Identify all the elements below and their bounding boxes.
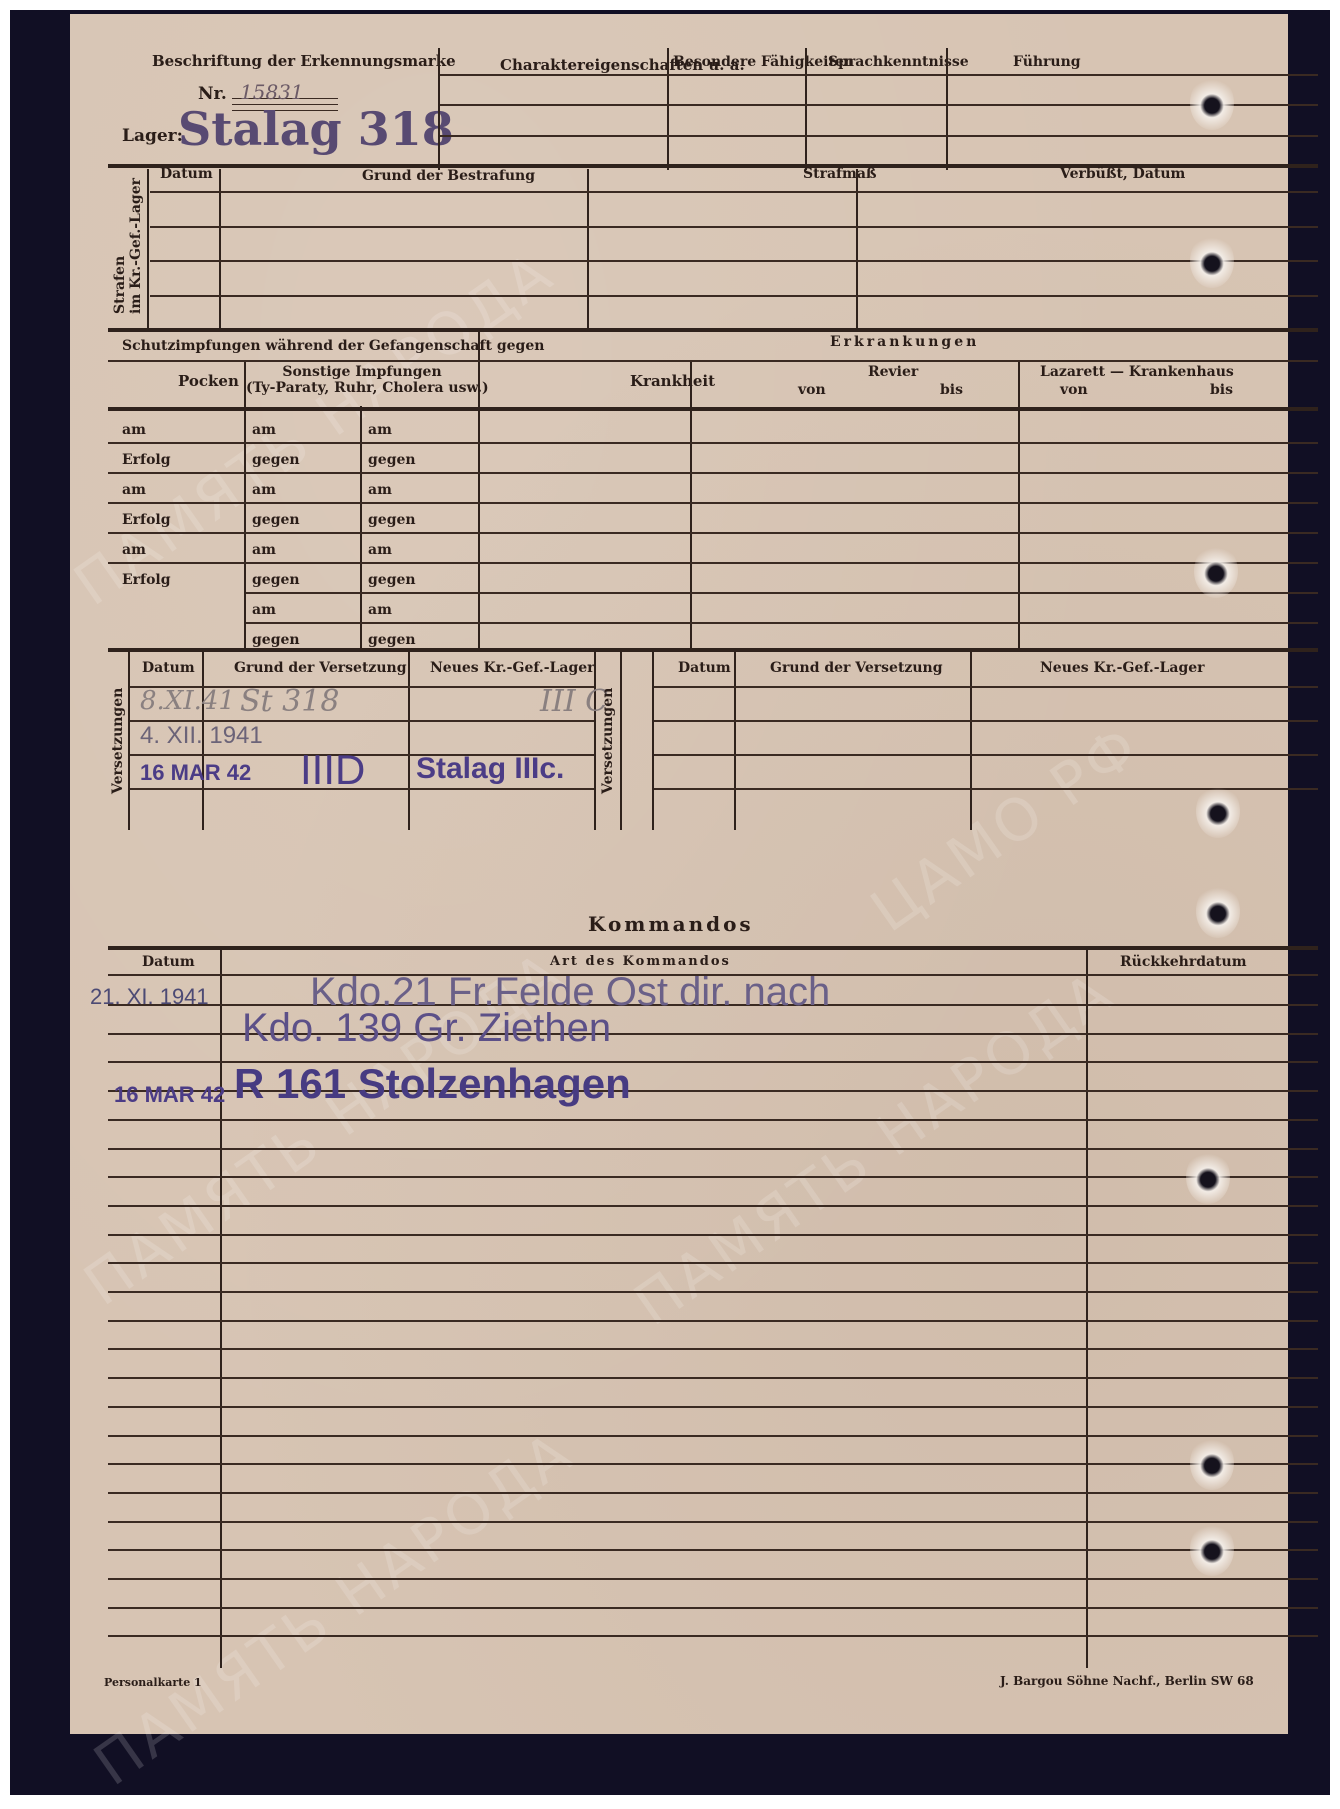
revier-header: Revier (868, 364, 918, 380)
pocken-header: Pocken (178, 372, 239, 390)
kommandos-title: Kommandos (588, 912, 754, 936)
ruled-line (108, 1148, 1318, 1150)
pocken-am: am (122, 482, 146, 498)
kdo-col-datum: Datum (142, 954, 195, 970)
vers-col-datum: Datum (142, 660, 195, 676)
personalkarte-document: ПАМЯТЬ НАРОДА ЦАМО РФ ПАМЯТЬ НАРОДА ПАМЯ… (70, 14, 1288, 1734)
impfungen-title: Schutzimpfungen während der Gefangenscha… (122, 338, 544, 354)
pocken-erfolg: Erfolg (122, 572, 171, 588)
lazarett-von: von (1060, 382, 1088, 398)
kdo-entry-art: Kdo. 139 Gr. Ziethen (242, 1006, 611, 1051)
versetzungen-side-label: Versetzungen (600, 688, 616, 794)
form-name: Personalkarte 1 (104, 1676, 202, 1689)
kdo-entry-datum: 21. XI. 1941 (90, 984, 209, 1010)
sonstige-am: am (252, 602, 276, 618)
ruled-line (108, 1435, 1318, 1437)
vers-entry-datum-stamp: 16 MAR 42 (140, 760, 251, 786)
punch-hole (1186, 1150, 1230, 1204)
versetzungen-side-label: Versetzungen (110, 688, 126, 794)
printer-imprint: J. Bargou Söhne Nachf., Berlin SW 68 (1000, 1674, 1254, 1688)
ruled-line (108, 1262, 1318, 1264)
strafen-col-verbuesst: Verbüßt, Datum (1060, 166, 1185, 182)
sonstige-am: am (368, 482, 392, 498)
punch-hole (1196, 784, 1240, 838)
ruled-line (108, 1607, 1318, 1609)
punch-hole (1190, 1522, 1234, 1576)
vers-entry-lager-stamp: Stalag IIIc. (416, 752, 564, 786)
lazarett-header: Lazarett — Krankenhaus (1040, 364, 1234, 380)
ruled-line (108, 1320, 1318, 1322)
punch-hole (1194, 544, 1238, 598)
sonstige-gegen: gegen (252, 512, 300, 528)
krankheit-header: Krankheit (630, 372, 715, 390)
strafen-side-label: im Kr.-Gef.-Lager (128, 178, 144, 314)
sonstige-gegen: gegen (252, 572, 300, 588)
sonstige-sub: (Ty-Paraty, Ruhr, Cholera usw.) (246, 380, 478, 396)
ruled-line (108, 1549, 1318, 1551)
ruled-line (108, 1348, 1318, 1350)
sonstige-am: am (368, 602, 392, 618)
punch-hole (1190, 1436, 1234, 1490)
lager-stamp: Stalag 318 (178, 102, 454, 156)
ruled-line (108, 1463, 1318, 1465)
watermark: ЦАМО РФ (859, 711, 1153, 946)
sonstige-gegen: gegen (368, 512, 416, 528)
punch-hole (1190, 234, 1234, 288)
ruled-line (108, 1234, 1318, 1236)
lager-label: Lager: (122, 126, 183, 146)
kdo-entry-datum-stamp: 16 MAR 42 (114, 1082, 225, 1108)
kdo-col-rueckkehr: Rückkehrdatum (1120, 954, 1247, 970)
vers-entry-datum: 8.XI.41 (140, 686, 235, 716)
ruled-line (108, 1578, 1318, 1580)
punch-hole (1190, 76, 1234, 130)
sonstige-gegen: gegen (252, 632, 300, 648)
pocken-erfolg: Erfolg (122, 512, 171, 528)
sonstige-header: Sonstige Impfungen (246, 364, 478, 380)
pocken-am: am (122, 422, 146, 438)
ruled-line (108, 1119, 1318, 1121)
vers-entry-datum: 4. XII. 1941 (140, 722, 263, 750)
ruled-line (108, 1521, 1318, 1523)
nr-value: 15831 (240, 80, 304, 104)
sonstige-am: am (252, 482, 276, 498)
vers-entry-grund-stamp: IIID (300, 746, 365, 794)
vers-col-grund: Grund der Versetzung (234, 660, 407, 676)
ruled-line (108, 1492, 1318, 1494)
sonstige-am: am (368, 422, 392, 438)
ruled-line (108, 1406, 1318, 1408)
sonstige-gegen: gegen (252, 452, 300, 468)
col-faehigkeiten: Besondere Fähigkeiten (673, 54, 854, 70)
vers-entry-lager: III C (540, 684, 608, 719)
strafen-col-strafmass: Strafmaß (803, 166, 877, 182)
tag-label: Beschriftung der Erkennungsmarke (152, 52, 456, 70)
ruled-line (108, 1176, 1318, 1178)
vers2-col-lager: Neues Kr.-Gef.-Lager (1040, 660, 1205, 676)
ruled-line (108, 1635, 1318, 1637)
ruled-line (108, 1205, 1318, 1207)
punch-hole (1196, 884, 1240, 938)
vers2-col-datum: Datum (678, 660, 731, 676)
sonstige-gegen: gegen (368, 452, 416, 468)
pocken-am: am (122, 542, 146, 558)
sonstige-am: am (368, 542, 392, 558)
revier-bis: bis (940, 382, 963, 398)
lazarett-bis: bis (1210, 382, 1233, 398)
sonstige-gegen: gegen (368, 632, 416, 648)
vers-entry-grund: St 318 (240, 684, 339, 719)
nr-label: Nr. (198, 84, 227, 104)
ruled-line (108, 1291, 1318, 1293)
strafen-col-grund: Grund der Bestrafung (362, 168, 535, 184)
col-fuehrung: Führung (1013, 54, 1081, 70)
strafen-side-label: Strafen (112, 256, 128, 314)
sonstige-gegen: gegen (368, 572, 416, 588)
sonstige-am: am (252, 542, 276, 558)
ruled-line (108, 1377, 1318, 1379)
strafen-col-datum: Datum (160, 166, 213, 182)
vers-col-lager: Neues Kr.-Gef.-Lager (430, 660, 595, 676)
kdo-col-art: Art des Kommandos (550, 954, 731, 969)
erkrankungen-title: Erkrankungen (830, 334, 979, 350)
vers2-col-grund: Grund der Versetzung (770, 660, 943, 676)
kdo-entry-art-stamp: R 161 Stolzenhagen (234, 1060, 631, 1108)
revier-von: von (798, 382, 826, 398)
sonstige-am: am (252, 422, 276, 438)
pocken-erfolg: Erfolg (122, 452, 171, 468)
